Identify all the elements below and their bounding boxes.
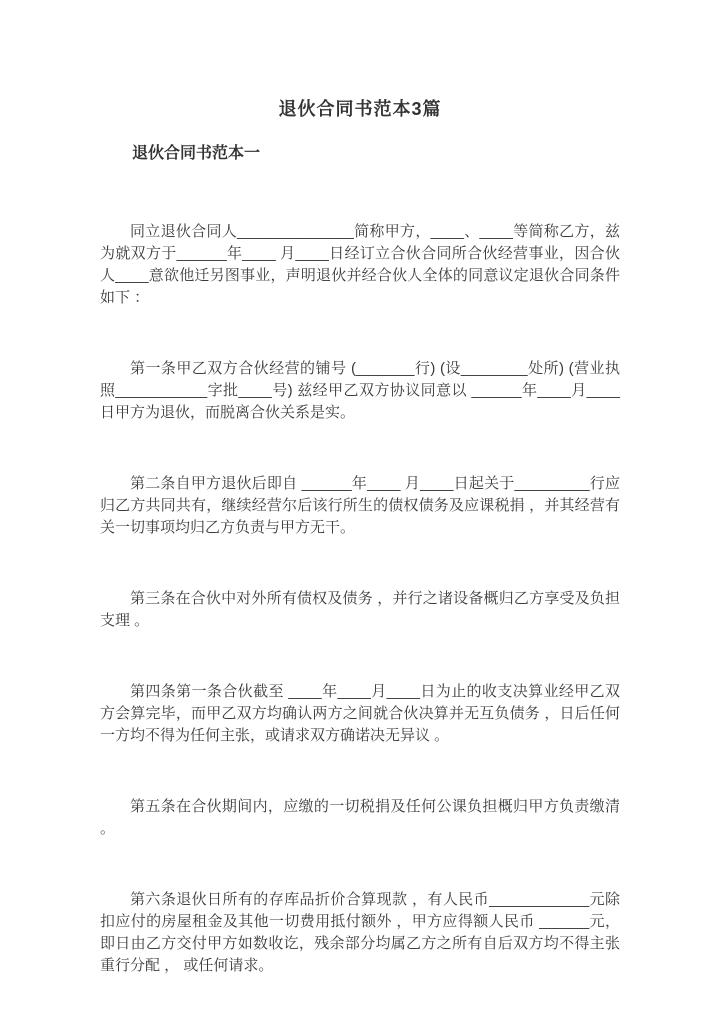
document-content: 退伙合同书范本3篇 退伙合同书范本一 同立退伙合同人______________…	[0, 97, 720, 977]
clause-2-paragraph: 第二条自甲方退伙后即自 ______年____ 月____日起关于_______…	[100, 473, 620, 539]
intro-paragraph: 同立退伙合同人______________简称甲方，____、____等简称乙方…	[100, 221, 620, 309]
clause-6-paragraph: 第六条退伙日所有的存库品折价合算现款 ，有人民币____________元除扣应…	[100, 889, 620, 977]
document-title: 退伙合同书范本3篇	[100, 97, 620, 121]
clause-3-paragraph: 第三条在合伙中对外所有债权及债务 ，并行之诸设备概归乙方享受及负担支理 。	[100, 588, 620, 632]
clause-5-paragraph: 第五条在合伙期间内，应缴的一切税捐及任何公课负担概归甲方负责缴清 。	[100, 796, 620, 840]
document-page: 退伙合同书范本3篇 退伙合同书范本一 同立退伙合同人______________…	[0, 0, 720, 1017]
clause-1-paragraph: 第一条甲乙双方合伙经营的铺号 (_______行) (设________处所) …	[100, 358, 620, 424]
clause-4-paragraph: 第四条第一条合伙截至 ____年____月____日为止的收支决算业经甲乙双方会…	[100, 681, 620, 747]
section-heading: 退伙合同书范本一	[100, 143, 620, 165]
